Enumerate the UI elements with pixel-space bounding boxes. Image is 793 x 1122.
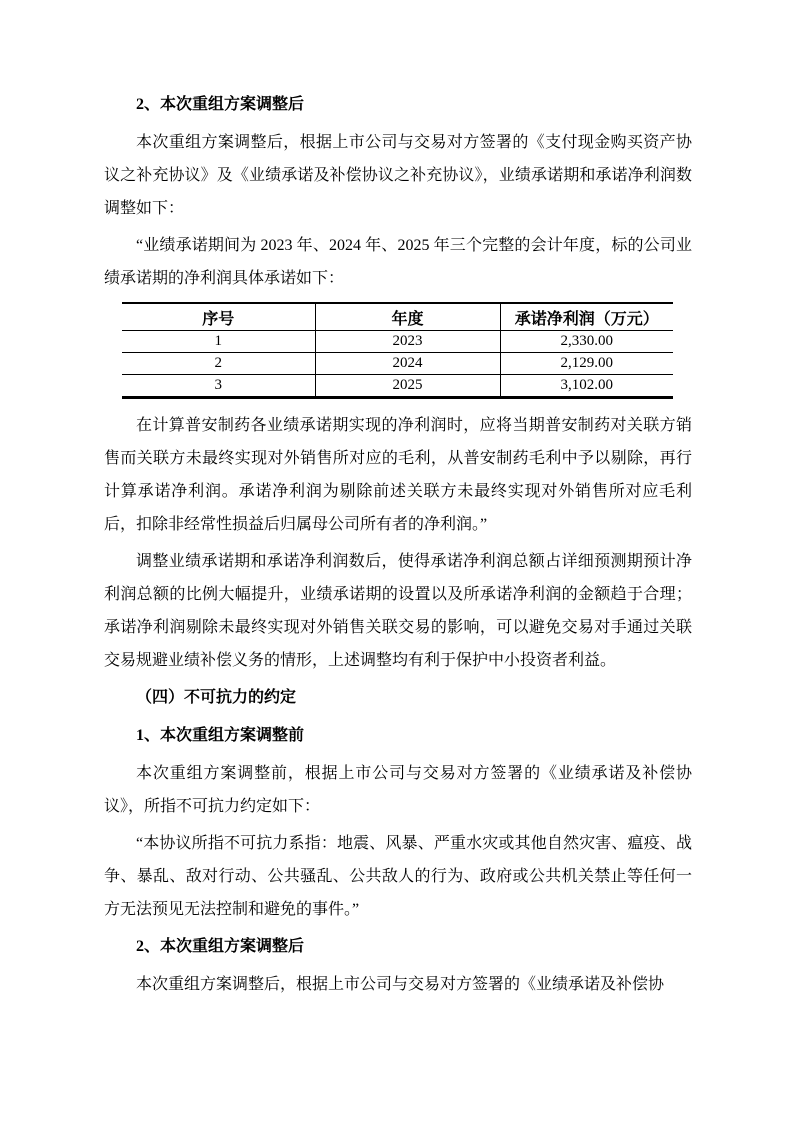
cell-year: 2023: [315, 331, 500, 353]
heading-after-adjustment: 2、本次重组方案调整后: [104, 930, 692, 963]
para-after-adjustment-intro-partial: 本次重组方案调整后，根据上市公司与交易对方签署的《业绩承诺及补偿协: [104, 968, 692, 1001]
col-header-promised-profit: 承诺净利润（万元）: [500, 303, 673, 331]
para-force-majeure-quote: “本协议所指不可抗力系指：地震、风暴、严重水灾或其他自然灾害、瘟疫、战争、暴乱、…: [104, 827, 692, 926]
heading-force-majeure-section: （四）不可抗力的约定: [104, 681, 692, 714]
cell-seq: 1: [122, 331, 315, 353]
table-row: 1 2023 2,330.00: [122, 331, 673, 353]
cell-profit: 2,330.00: [500, 331, 673, 353]
table-row: 3 2025 3,102.00: [122, 375, 673, 398]
col-header-year: 年度: [315, 303, 500, 331]
para-profit-calculation-rule: 在计算普安制药各业绩承诺期实现的净利润时，应将当期普安制药对关联方销售而关联方未…: [104, 409, 692, 541]
para-before-adjustment-intro: 本次重组方案调整前，根据上市公司与交易对方签署的《业绩承诺及补偿协议》，所指不可…: [104, 757, 692, 823]
para-commitment-period-quote: “业绩承诺期间为 2023 年、2024 年、2025 年三个完整的会计年度，标…: [104, 229, 692, 295]
para-adjustment-rationale: 调整业绩承诺期和承诺净利润数后，使得承诺净利润总额占详细预测期预计净利润总额的比…: [104, 545, 692, 677]
table-header-row: 序号 年度 承诺净利润（万元）: [122, 303, 673, 331]
heading-before-adjustment: 1、本次重组方案调整前: [104, 719, 692, 752]
heading-restructure-adjusted-after: 2、本次重组方案调整后: [104, 88, 692, 121]
col-header-seq: 序号: [122, 303, 315, 331]
cell-seq: 3: [122, 375, 315, 398]
cell-profit: 3,102.00: [500, 375, 673, 398]
cell-year: 2025: [315, 375, 500, 398]
table-row: 2 2024 2,129.00: [122, 353, 673, 375]
document-page: 2、本次重组方案调整后 本次重组方案调整后，根据上市公司与交易对方签署的《支付现…: [0, 0, 793, 1122]
cell-seq: 2: [122, 353, 315, 375]
cell-year: 2024: [315, 353, 500, 375]
para-adjusted-after-intro: 本次重组方案调整后，根据上市公司与交易对方签署的《支付现金购买资产协议之补充协议…: [104, 126, 692, 225]
cell-profit: 2,129.00: [500, 353, 673, 375]
promised-net-profit-table: 序号 年度 承诺净利润（万元） 1 2023 2,330.00 2 2024 2…: [122, 302, 673, 399]
